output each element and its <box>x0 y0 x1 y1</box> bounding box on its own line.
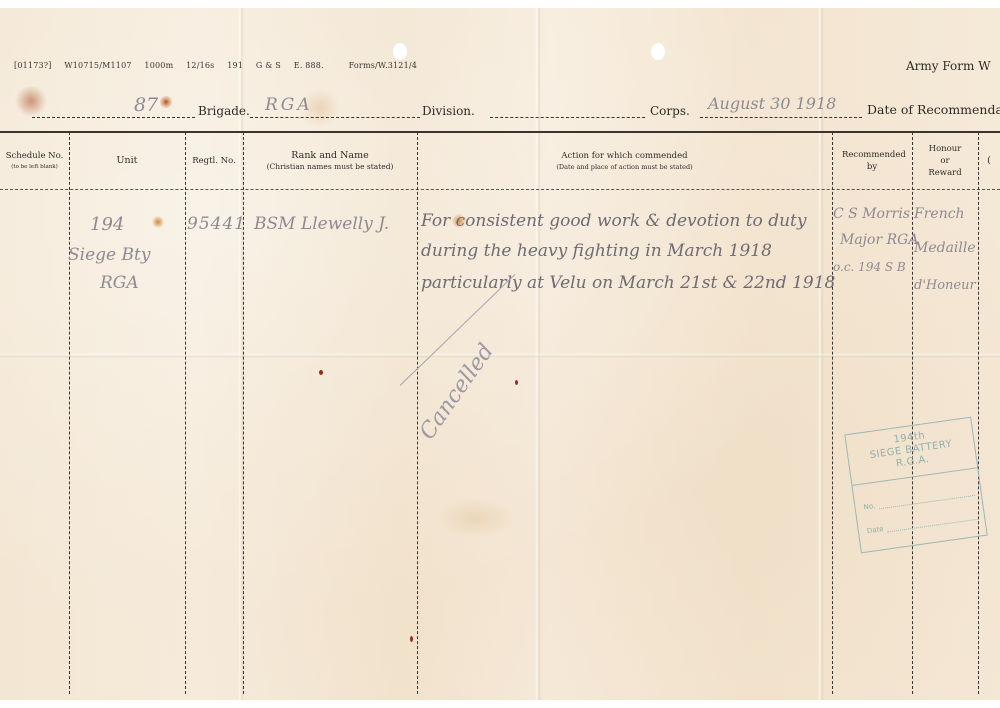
date-of-recommendation-label: Date of Recommendatio <box>867 102 1000 117</box>
print-reference: [01173?] W10715/M1107 1000m 12/16s 191 G… <box>14 61 427 70</box>
ink-speck <box>319 370 323 375</box>
honour-line: d'Honeur <box>914 278 976 293</box>
division-value: RGA <box>265 95 313 115</box>
column-sublabel: (Christian names must be stated) <box>267 162 394 172</box>
corps-field-line <box>490 117 645 118</box>
unit-line: RGA <box>100 273 139 293</box>
column-header-action: Action for which commended (Date and pla… <box>417 134 832 188</box>
column-label: Action for which commended <box>561 150 687 162</box>
column-header-schedule-no: Schedule No. (to be left blank) <box>0 134 69 188</box>
recommended-by-line: o.c. 194 S B <box>833 260 906 274</box>
column-divider <box>69 132 70 694</box>
table-header-rule <box>0 189 1000 190</box>
stamp-date-row: Date <box>866 512 978 536</box>
print-ref-item: Forms/W.3121/4 <box>349 61 417 70</box>
honour-line: Medaille <box>914 240 976 256</box>
stamp-text: 194th SIEGE BATTERY R.G.A. <box>846 424 976 477</box>
rust-stain <box>14 86 48 116</box>
stamp-date-label: Date <box>866 525 884 535</box>
column-label: Rank and Name <box>291 150 368 162</box>
punch-hole <box>393 43 407 60</box>
action-line: For consistent good work & devotion to d… <box>421 211 806 231</box>
action-line: during the heavy fighting in March 1918 <box>421 241 772 261</box>
print-ref-item: W10715/M1107 <box>64 61 131 70</box>
corps-label: Corps. <box>650 104 690 118</box>
brigade-field-line <box>32 117 195 118</box>
date-field-line <box>700 117 862 118</box>
brigade-value: 87 <box>134 94 158 116</box>
column-header-honour: Honour or Reward <box>912 134 978 188</box>
column-header-regtl-no: Regtl. No. <box>185 134 243 188</box>
column-sublabel: (Date and place of action must be stated… <box>556 162 692 172</box>
column-label: Unit <box>117 155 138 167</box>
column-sublabel: (to be left blank) <box>11 162 58 172</box>
unit-line: 194 <box>90 214 124 235</box>
division-label: Division. <box>422 104 475 118</box>
regtl-no-value: 95441 <box>187 214 246 234</box>
ink-speck <box>515 380 518 385</box>
rust-stain <box>152 216 164 228</box>
brigade-label: Brigade. <box>198 104 250 118</box>
division-field-line <box>250 117 420 118</box>
rust-stain <box>160 96 172 108</box>
print-ref-item: 12/16s <box>186 61 214 70</box>
column-divider <box>185 132 186 694</box>
column-header-next: ( <box>978 134 1000 188</box>
punch-hole <box>651 43 665 60</box>
table-top-rule <box>0 131 1000 133</box>
print-ref-item: E. 888. <box>294 61 324 70</box>
column-label: ( <box>987 155 991 167</box>
print-ref-item: 191 <box>227 61 243 70</box>
recommended-by-line: C S Morris <box>833 206 910 222</box>
stamp-no-label: No. <box>863 502 876 512</box>
paper-fold <box>0 353 1000 358</box>
rank-and-name-value: BSM Llewelly J. <box>254 214 389 234</box>
print-ref-item: [01173?] <box>14 61 52 70</box>
ink-speck <box>410 636 413 642</box>
action-line: particularly at Velu on March 21st & 22n… <box>421 273 835 293</box>
stamp-no-row: No. <box>863 488 975 512</box>
unit-line: Siege Bty <box>68 245 150 265</box>
column-divider <box>912 132 913 694</box>
column-label: Honour or Reward <box>923 143 967 179</box>
print-ref-item: G & S <box>256 61 281 70</box>
water-stain <box>435 498 515 538</box>
honour-line: French <box>914 206 965 222</box>
column-header-unit: Unit <box>69 134 185 188</box>
column-label: Schedule No. <box>6 150 64 162</box>
print-ref-item: 1000m <box>144 61 173 70</box>
column-header-recommended-by: Recommended by <box>832 134 912 188</box>
date-of-recommendation-value: August 30 1918 <box>708 94 836 113</box>
column-label: Recommended by <box>842 149 902 173</box>
column-divider <box>978 132 979 694</box>
recommended-by-line: Major RGA <box>840 232 918 248</box>
column-label: Regtl. No. <box>192 155 236 167</box>
column-divider <box>417 132 418 694</box>
battery-stamp: 194th SIEGE BATTERY R.G.A. No. Date <box>844 417 987 554</box>
form-title: Army Form W <box>906 59 991 73</box>
column-header-rank-name: Rank and Name (Christian names must be s… <box>243 134 417 188</box>
